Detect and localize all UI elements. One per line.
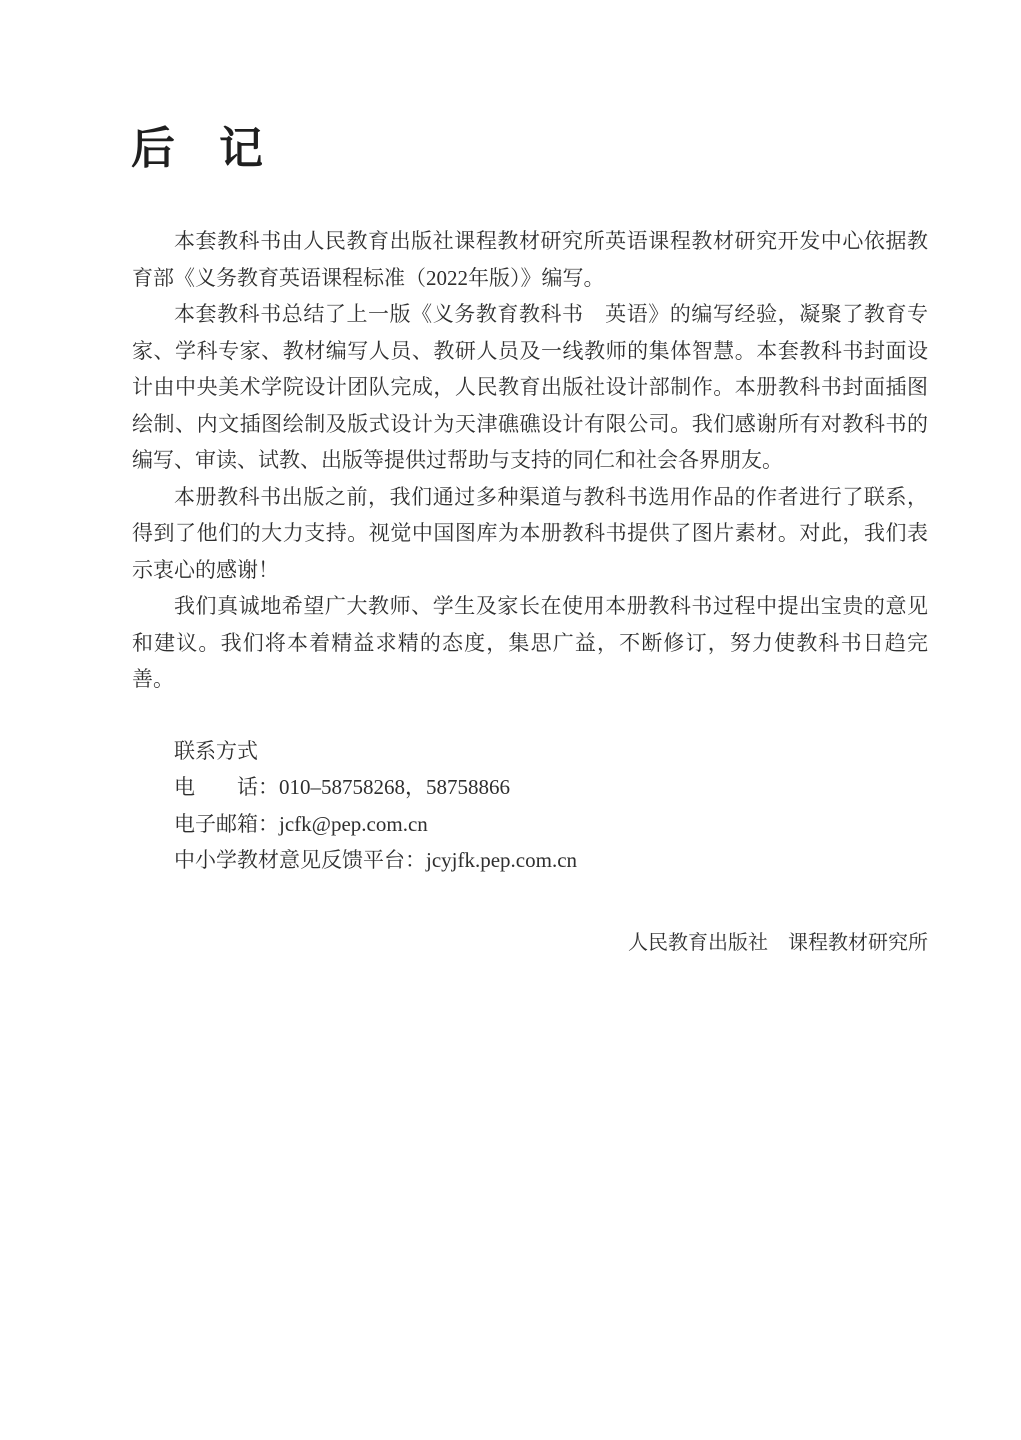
paragraph-standard-basis: 本套教科书由人民教育出版社课程教材研究所英语课程教材研究开发中心依据教育部《义务…	[132, 223, 928, 296]
afterword-page: 后 记 本套教科书由人民教育出版社课程教材研究所英语课程教材研究开发中心依据教育…	[0, 0, 1021, 1440]
contact-feedback-line: 中小学教材意见反馈平台：jcyjfk.pep.com.cn	[174, 842, 928, 879]
contact-email-line: 电子邮箱：jcfk@pep.com.cn	[174, 806, 928, 843]
body-text: 本套教科书由人民教育出版社课程教材研究所英语课程教材研究开发中心依据教育部《义务…	[132, 223, 928, 961]
contact-feedback-value: jcyjfk.pep.com.cn	[426, 848, 577, 872]
contact-phone-label: 电 话：	[174, 775, 279, 799]
contact-feedback-label: 中小学教材意见反馈平台：	[174, 848, 426, 872]
contact-section: 联系方式 电 话：010–58758268，58758866 电子邮箱：jcfk…	[132, 733, 928, 879]
paragraph-feedback-request: 我们真诚地希望广大教师、学生及家长在使用本册教科书过程中提出宝贵的意见和建议。我…	[132, 588, 928, 698]
page-title: 后 记	[131, 126, 263, 172]
paragraph-acknowledgement: 本册教科书出版之前，我们通过多种渠道与教科书选用作品的作者进行了联系，得到了他们…	[132, 479, 928, 589]
contact-phone-line: 电 话：010–58758268，58758866	[174, 769, 928, 806]
paragraph-credits: 本套教科书总结了上一版《义务教育教科书 英语》的编写经验，凝聚了教育专家、学科专…	[132, 296, 928, 479]
contact-phone-value: 010–58758268，58758866	[279, 775, 510, 799]
contact-email-value: jcfk@pep.com.cn	[279, 812, 428, 836]
publisher-signature: 人民教育出版社 课程教材研究所	[132, 925, 928, 962]
contact-heading: 联系方式	[174, 733, 928, 770]
contact-email-label: 电子邮箱：	[174, 812, 279, 836]
